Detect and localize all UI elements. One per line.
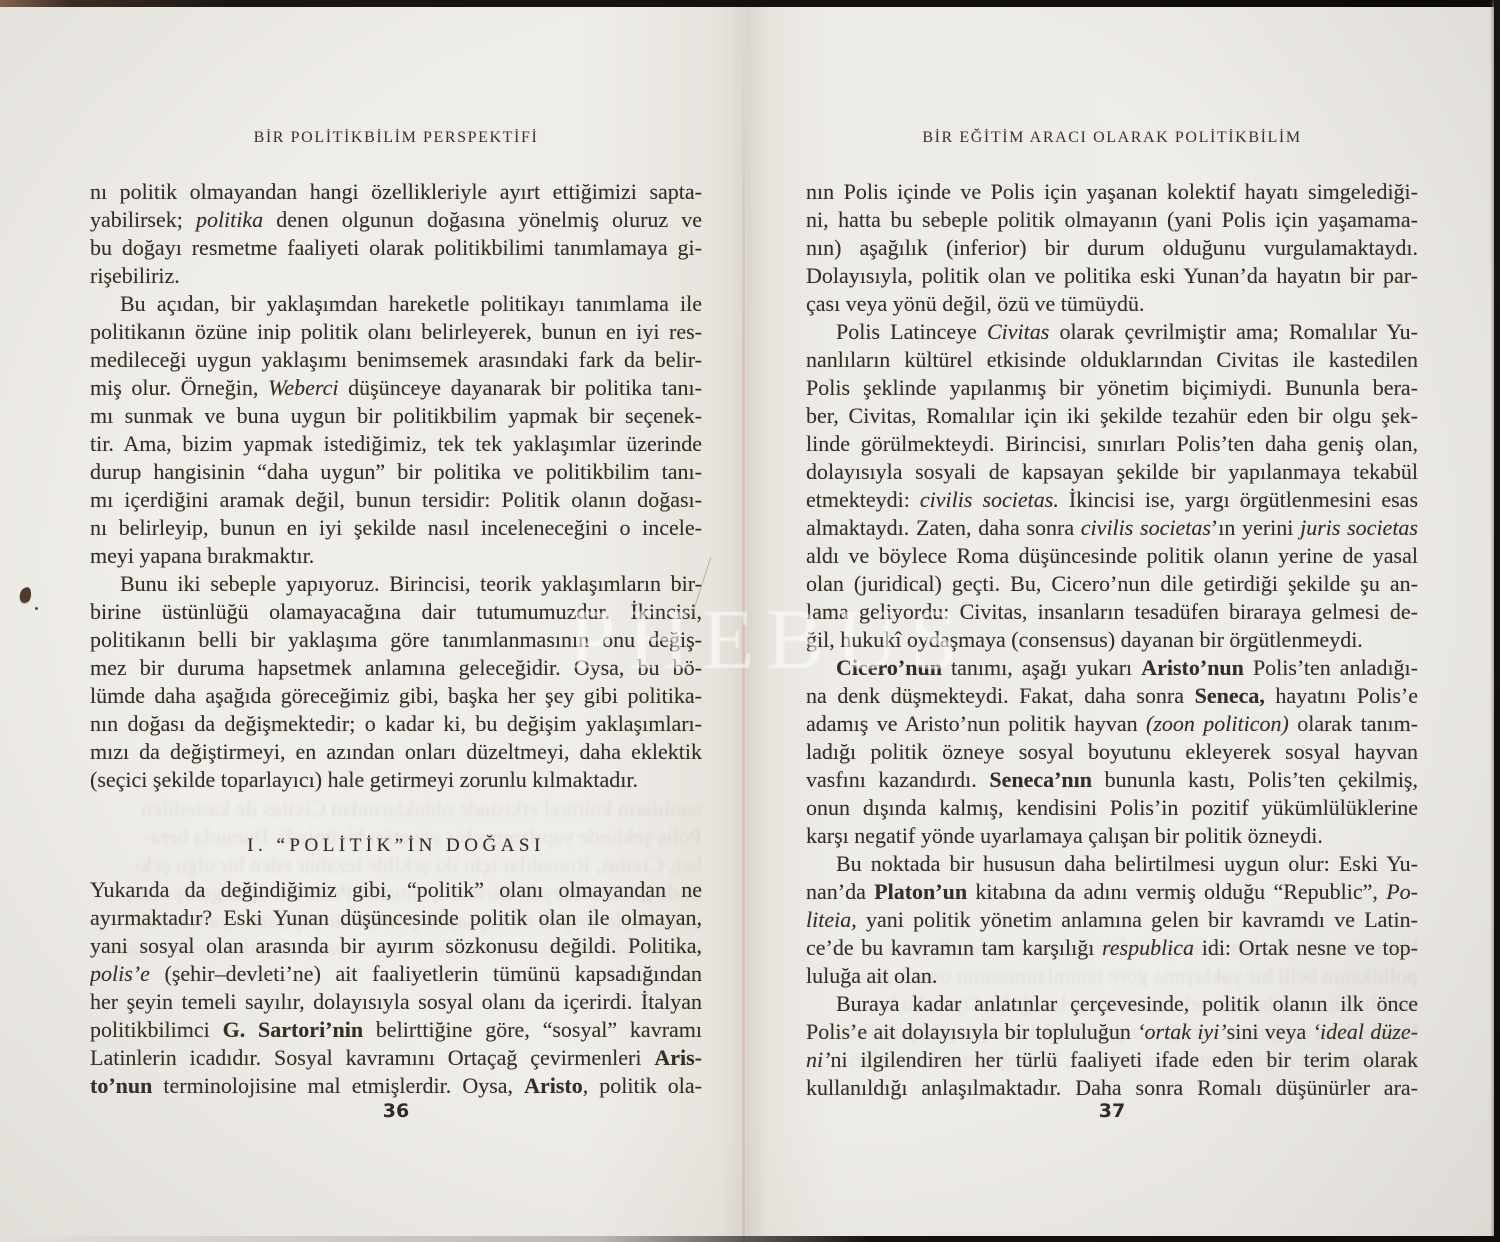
text-line: mez bir duruma hapsetmek anlamına gelece… (90, 654, 702, 682)
text-line: Bunu iki sebeple yapıyoruz. Birincisi, t… (90, 570, 702, 598)
text-line: lümde daha aşağıda göreceğimiz gibi, baş… (90, 682, 702, 710)
text-line: kullanıldığı anlaşılmaktadır. Daha sonra… (806, 1074, 1418, 1102)
text-line: miş olur. Örneğin, Weberci düşünceye day… (90, 374, 702, 402)
text-line: nın) aşağılık (inferior) bir durum olduğ… (806, 234, 1418, 262)
text-line: politikanın özüne inip politik olanı bel… (90, 318, 702, 346)
text-line: ğil, hukukî oydaşmaya (consensus) dayana… (806, 626, 1418, 654)
section-heading: I. “POLİTİK”İN DOĞASI (90, 830, 702, 862)
text-line: bu doğayı resmetme faaliyeti olarak poli… (90, 234, 702, 262)
text-line: çası veya yönü değil, özü ve tümüydü. (806, 290, 1418, 318)
text-line: na denk düşmekteydi. Fakat, daha sonra S… (806, 682, 1418, 710)
text-line: polis’e (şehir–devleti’ne) ait faaliyetl… (90, 960, 702, 988)
running-head-right: BİR EĞİTİM ARACI OLARAK POLİTİKBİLİM (806, 129, 1418, 147)
text-line: nın doğası da değişmektedir; o kadar ki,… (90, 710, 702, 738)
text-line: mızı da değiştirmeyi, en azından onları … (90, 738, 702, 766)
text-line: mı içerdiğini aramak değil, bunun tersid… (90, 486, 702, 514)
scan-edge-top (0, 0, 1500, 7)
scan-edge-bottom (0, 1236, 1500, 1242)
text-line: aldı ve böylece Roma düşüncesinde politi… (806, 542, 1418, 570)
text-line: ni’ni ilgilendiren her türlü faaliyeti i… (806, 1046, 1418, 1074)
page-number-right: 37 (806, 1100, 1418, 1122)
text-line: birine üstünlüğü olamayacağına dair tutu… (90, 598, 702, 626)
text-line: Cicero’nun tanımı, aşağı yukarı Aristo’n… (806, 654, 1418, 682)
text-line: almaktaydı. Zaten, daha sonra civilis so… (806, 514, 1418, 542)
text-line: yabilirsek; politika denen olgunun doğas… (90, 206, 702, 234)
text-line: ce’de bu kavramın tam karşılığı respubli… (806, 934, 1418, 962)
text-line: tir. Ama, bizim yapmak istediğimiz, tek … (90, 430, 702, 458)
gutter-shadow (742, 0, 745, 1242)
text-line: (seçici şekilde toparlayıcı) hale getirm… (90, 766, 702, 794)
text-line: nı politik olmayandan hangi özellikleriy… (90, 178, 702, 206)
text-line: nın Polis içinde ve Polis için yaşanan k… (806, 178, 1418, 206)
text-line: ber, Civitas, Romalılar için iki şekilde… (806, 402, 1418, 430)
left-page-text: nı politik olmayandan hangi özellikleriy… (90, 178, 702, 1100)
text-line: her şeyin temeli sayılır, dolayısıyla so… (90, 988, 702, 1016)
running-head-left: BİR POLİTİKBİLİM PERSPEKTİFİ (90, 129, 702, 147)
right-page-text: nın Polis içinde ve Polis için yaşanan k… (806, 178, 1418, 1102)
book-scan: nanlıların kültürel etkisinde oldukların… (0, 0, 1500, 1242)
ink-dot (35, 607, 38, 610)
text-line: karşı negatif yönde uyarlamaya çalışan b… (806, 822, 1418, 850)
text-line: Bu noktada bir hususun daha belirtilmesi… (806, 850, 1418, 878)
text-line: vasfını kazandırdı. Seneca’nın bununla k… (806, 766, 1418, 794)
page-number-left: 36 (90, 1100, 702, 1122)
text-line: Polis şeklinde yapılanmış bir yönetim bi… (806, 374, 1418, 402)
text-line: medileceği uygun yaklaşımı benimsemek ar… (90, 346, 702, 374)
text-line: ni, hatta bu sebeple politik olmayanın (… (806, 206, 1418, 234)
text-line: luluğa ait olan. (806, 962, 1418, 990)
text-line: politikanın belli bir yaklaşıma göre tan… (90, 626, 702, 654)
text-line: ayırmaktadır? Eski Yunan düşüncesinde po… (90, 904, 702, 932)
text-line: adamış ve Aristo’nun politik hayvan (zoo… (806, 710, 1418, 738)
text-line: dolayısıyla sosyali de kapsayan şekilde … (806, 458, 1418, 486)
text-line: to’nun terminolojisine mal etmişlerdir. … (90, 1072, 702, 1100)
text-line: Latinlerin icadıdır. Sosyal kavramını Or… (90, 1044, 702, 1072)
text-line: yani sosyal olan arasında bir ayırım söz… (90, 932, 702, 960)
text-line: olan (juridical) geçti. Bu, Cicero’nun d… (806, 570, 1418, 598)
text-line: liteia, yani politik yönetim anlamına ge… (806, 906, 1418, 934)
text-line: rişebiliriz. (90, 262, 702, 290)
text-line: Bu açıdan, bir yaklaşımdan hareketle pol… (90, 290, 702, 318)
text-line: ladığı politik özneye sosyal boyutunu ek… (806, 738, 1418, 766)
text-line: durup hangisinin “daha uygun” bir politi… (90, 458, 702, 486)
text-line: Yukarıda da değindiğimiz gibi, “politik”… (90, 876, 702, 904)
text-line: mı sunmak ve buna uygun bir politikbilim… (90, 402, 702, 430)
text-line: Buraya kadar anlatınlar çerçevesinde, po… (806, 990, 1418, 1018)
text-line: politikbilimci G. Sartori’nin belirttiği… (90, 1016, 702, 1044)
text-line: nan’da Platon’un kitabına da adını vermi… (806, 878, 1418, 906)
text-line: onun dışında kalmış, kendisini Polis’in … (806, 794, 1418, 822)
text-line: meyi yapana bırakmaktır. (90, 542, 702, 570)
text-line: Dolayısıyla, politik olan ve politika es… (806, 262, 1418, 290)
text-line: Polis’e ait dolayısıyla bir topluluğun ‘… (806, 1018, 1418, 1046)
text-line: etmekteydi: civilis societas. İkincisi i… (806, 486, 1418, 514)
text-line: nanlıların kültürel etkisinde oldukların… (806, 346, 1418, 374)
text-line: lama geliyordu: Civitas, insanların tesa… (806, 598, 1418, 626)
text-line: Polis Latinceye Civitas olarak çevrilmiş… (806, 318, 1418, 346)
text-line: nı belirleyip, bunun en iyi şekilde nası… (90, 514, 702, 542)
text-line: linde görülmekteydi. Birincisi, sınırlar… (806, 430, 1418, 458)
scan-edge-right (1494, 0, 1500, 1242)
